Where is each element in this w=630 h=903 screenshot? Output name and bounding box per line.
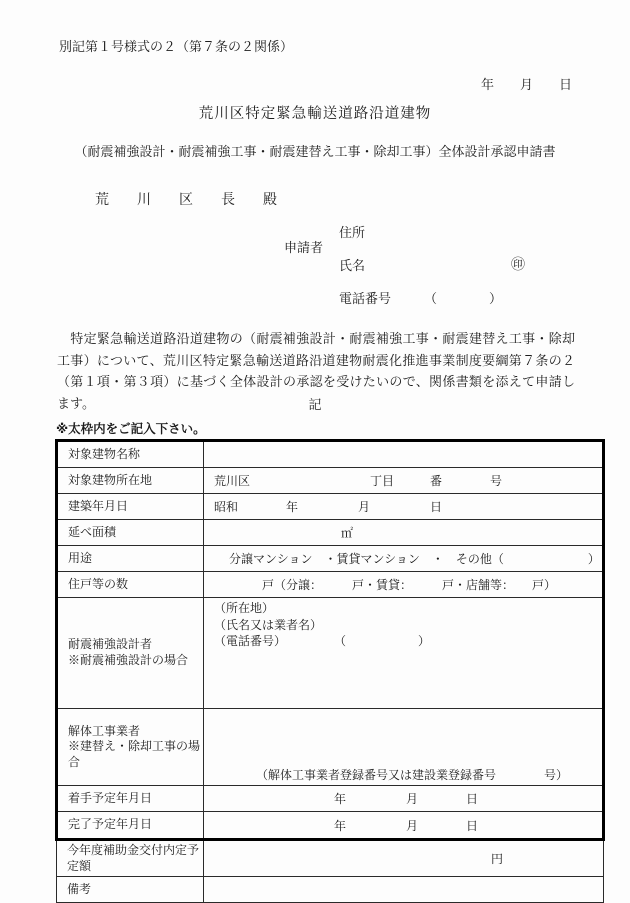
record-marker: 記 [0,394,630,413]
addressee-line: 荒 川 区 長 殿 [95,189,284,209]
row-content: （解体工事業者登録番号又は建設業登録番号 号） [204,708,604,786]
row-label: 対象建物所在地 [57,468,204,494]
table-row-construction-date: 建築年月日 昭和 年 月 日 [57,494,604,520]
bold-frame-note: ※太枠内をご記入下さい。 [56,419,206,437]
table-row-building-location: 対象建物所在地 荒川区 丁目 番 号 [57,468,604,494]
row-content-line: （所在地） [214,600,602,617]
date-line: 年 月 日 [481,74,572,93]
row-content: 戸（分譲： 戸・賃貸： 戸・店舗等： 戸） [204,572,604,598]
table-row-start-date: 着手予定年月日 年 月 日 [57,786,604,812]
row-label: 対象建物名称 [57,441,204,468]
row-content: 年 月 日 [204,812,604,840]
row-label: 延べ面積 [57,520,204,546]
row-content: 分譲マンション ・賃貸マンション ・ その他（ ） [204,546,604,572]
row-content: ㎡ [204,520,604,546]
phone-blank-parens: （ ） [424,288,502,307]
row-label: 備考 [57,877,204,903]
form-table: 対象建物名称 対象建物所在地 荒川区 丁目 番 号 建築年月日 昭和 年 月 日… [55,439,605,903]
table-row-demolition-contractor: 解体工事業者 ※建替え・除却工事の場合 （解体工事業者登録番号又は建設業登録番号… [57,708,604,786]
form-title: 荒川区特定緊急輸送道路沿道建物 [0,102,630,123]
address-label: 住所 [339,222,365,241]
table-row-building-name: 対象建物名称 [57,441,604,468]
row-content [204,441,604,468]
row-content [204,877,604,903]
seal-icon: ㊞ [511,254,525,274]
row-content: 円 [204,840,604,877]
row-content: 昭和 年 月 日 [204,494,604,520]
row-content-line: （電話番号） （ ） [214,633,602,650]
application-form-page: 別記第１号様式の２（第７条の２関係） 年 月 日 荒川区特定緊急輸送道路沿道建物… [0,0,630,903]
row-content-line: （解体工事業者登録番号又は建設業登録番号 号） [214,767,602,784]
row-content: （所在地） （氏名又は業者名） （電話番号） （ ） [204,598,604,709]
row-content: 荒川区 丁目 番 号 [204,468,604,494]
table-row-seismic-designer: 耐震補強設計者 ※耐震補強設計の場合 （所在地） （氏名又は業者名） （電話番号… [57,598,604,709]
row-label: 今年度補助金交付内定予定額 [57,840,204,877]
row-label: 建築年月日 [57,494,204,520]
row-content: 年 月 日 [204,786,604,812]
row-content-line: （氏名又は業者名） [214,617,602,634]
form-number: 別記第１号様式の２（第７条の２関係） [59,36,293,55]
table-row-floor-area: 延べ面積 ㎡ [57,520,604,546]
table-row-completion-date: 完了予定年月日 年 月 日 [57,812,604,840]
applicant-label: 申請者 [284,237,323,256]
row-label: 完了予定年月日 [57,812,204,840]
table-row-remarks: 備考 [57,877,604,903]
row-label: 住戸等の数 [57,572,204,598]
row-label: 着手予定年月日 [57,786,204,812]
name-label: 氏名 [339,255,365,274]
row-label: 用途 [57,546,204,572]
phone-label: 電話番号 [339,288,391,307]
form-subtitle: （耐震補強設計・耐震補強工事・耐震建替え工事・除却工事）全体設計承認申請書 [0,141,630,160]
table-row-unit-count: 住戸等の数 戸（分譲： 戸・賃貸： 戸・店舗等： 戸） [57,572,604,598]
table-row-subsidy-amount: 今年度補助金交付内定予定額 円 [57,840,604,877]
row-label: 耐震補強設計者 ※耐震補強設計の場合 [57,598,204,709]
table-row-usage: 用途 分譲マンション ・賃貸マンション ・ その他（ ） [57,546,604,572]
row-label: 解体工事業者 ※建替え・除却工事の場合 [57,708,204,786]
